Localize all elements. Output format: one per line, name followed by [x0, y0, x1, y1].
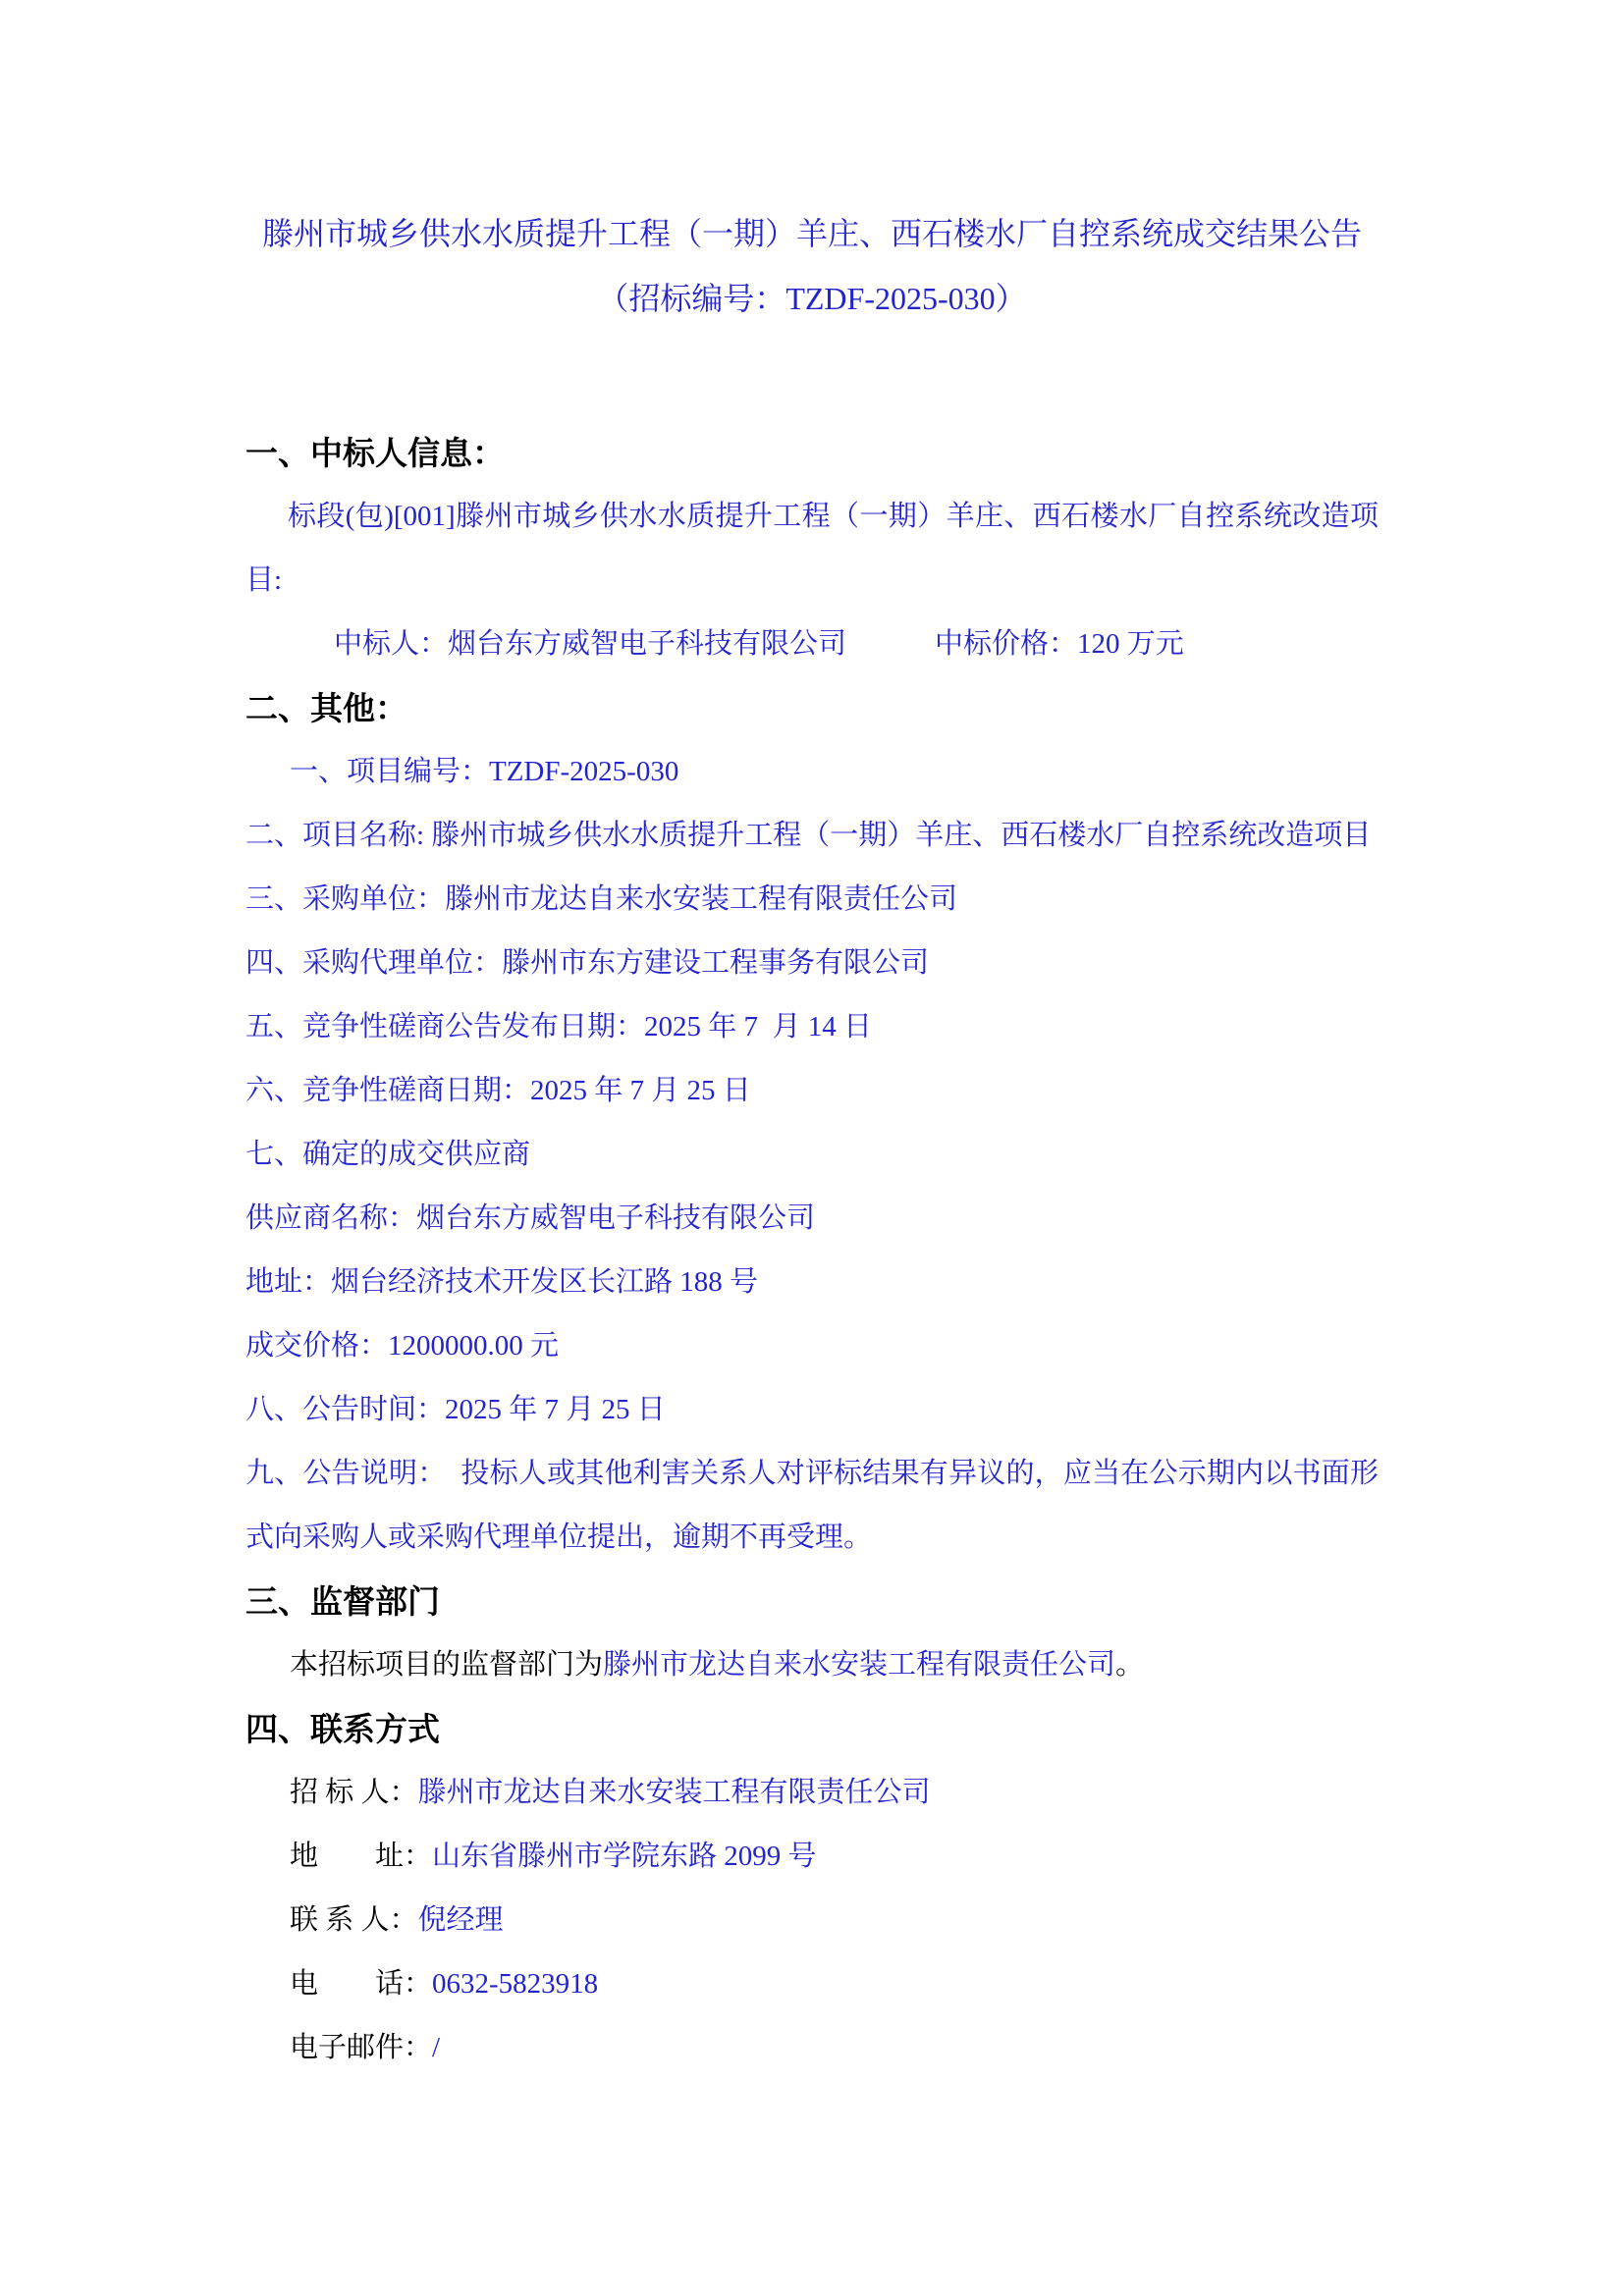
winner-line: 中标人：烟台东方威智电子科技有限公司中标价格：120 万元 [245, 613, 1379, 676]
contact-label-address: 地 址： [290, 1841, 432, 1872]
contact-value-email: / [432, 2032, 440, 2063]
heading-supervision: 三、监督部门 [245, 1570, 1379, 1633]
contact-row-phone: 电 话：0632-5823918 [245, 1952, 1379, 2016]
contact-value-bidder: 滕州市龙达自来水安装工程有限责任公司 [418, 1777, 931, 1808]
other-line-project-name: 二、项目名称: 滕州市城乡供水水质提升工程（一期）羊庄、西石楼水厂自控系统改造项… [245, 804, 1379, 868]
winner-name: 中标人：烟台东方威智电子科技有限公司 [334, 628, 846, 660]
other-line-supplier-address: 地址：烟台经济技术开发区长江路 188 号 [245, 1251, 1379, 1314]
heading-winner-info: 一、中标人信息： [245, 421, 1379, 485]
contact-label-bidder: 招 标 人： [290, 1777, 418, 1808]
other-line-notice-publish-date: 五、竞争性磋商公告发布日期：2025 年 7 月 14 日 [245, 995, 1379, 1059]
other-line-purchaser: 三、采购单位：滕州市龙达自来水安装工程有限责任公司 [245, 868, 1379, 932]
heading-other: 二、其他： [245, 676, 1379, 740]
other-line-deal-price: 成交价格：1200000.00 元 [245, 1314, 1379, 1378]
contact-row-contact-person: 联 系 人：倪经理 [245, 1889, 1379, 1952]
supervision-company: 滕州市龙达自来水安装工程有限责任公司 [603, 1649, 1115, 1681]
contact-label-contact-person: 联 系 人： [290, 1904, 418, 1936]
other-line-agency: 四、采购代理单位：滕州市东方建设工程事务有限公司 [245, 932, 1379, 995]
other-line-announcement-note: 九、公告说明： 投标人或其他利害关系人对评标结果有异议的，应当在公示期内以书面形… [245, 1442, 1379, 1570]
document-page: 滕州市城乡供水水质提升工程（一期）羊庄、西石楼水厂自控系统成交结果公告 （招标编… [0, 0, 1624, 2296]
other-line-confirmed-supplier: 七、确定的成交供应商 [245, 1123, 1379, 1187]
supervision-prefix: 本招标项目的监督部门为 [290, 1649, 603, 1681]
contact-value-phone: 0632-5823918 [432, 1968, 598, 2000]
contact-row-email: 电子邮件：/ [245, 2016, 1379, 2080]
contact-value-contact-person: 倪经理 [418, 1904, 504, 1936]
other-line-project-number: 一、项目编号：TZDF-2025-030 [245, 740, 1379, 804]
other-line-announcement-time: 八、公告时间：2025 年 7 月 25 日 [245, 1378, 1379, 1442]
document-subtitle: （招标编号：TZDF-2025-030） [245, 266, 1379, 331]
lot-description: 标段(包)[001]滕州市城乡供水水质提升工程（一期）羊庄、西石楼水厂自控系统改… [245, 485, 1379, 613]
other-line-negotiation-date: 六、竞争性磋商日期：2025 年 7 月 25 日 [245, 1059, 1379, 1123]
supervision-suffix: 。 [1115, 1649, 1144, 1681]
contact-value-address: 山东省滕州市学院东路 2099 号 [432, 1841, 817, 1872]
title-section-spacer [245, 331, 1379, 421]
winner-price: 中标价格：120 万元 [935, 628, 1184, 660]
supervision-line: 本招标项目的监督部门为滕州市龙达自来水安装工程有限责任公司。 [245, 1633, 1379, 1697]
contact-label-email: 电子邮件： [290, 2032, 432, 2063]
contact-label-phone: 电 话： [290, 1968, 432, 2000]
contact-row-address: 地 址：山东省滕州市学院东路 2099 号 [245, 1825, 1379, 1889]
contact-row-bidder: 招 标 人：滕州市龙达自来水安装工程有限责任公司 [245, 1761, 1379, 1825]
document-title: 滕州市城乡供水水质提升工程（一期）羊庄、西石楼水厂自控系统成交结果公告 [245, 201, 1379, 266]
heading-contact: 四、联系方式 [245, 1697, 1379, 1761]
other-line-supplier-name: 供应商名称：烟台东方威智电子科技有限公司 [245, 1187, 1379, 1251]
